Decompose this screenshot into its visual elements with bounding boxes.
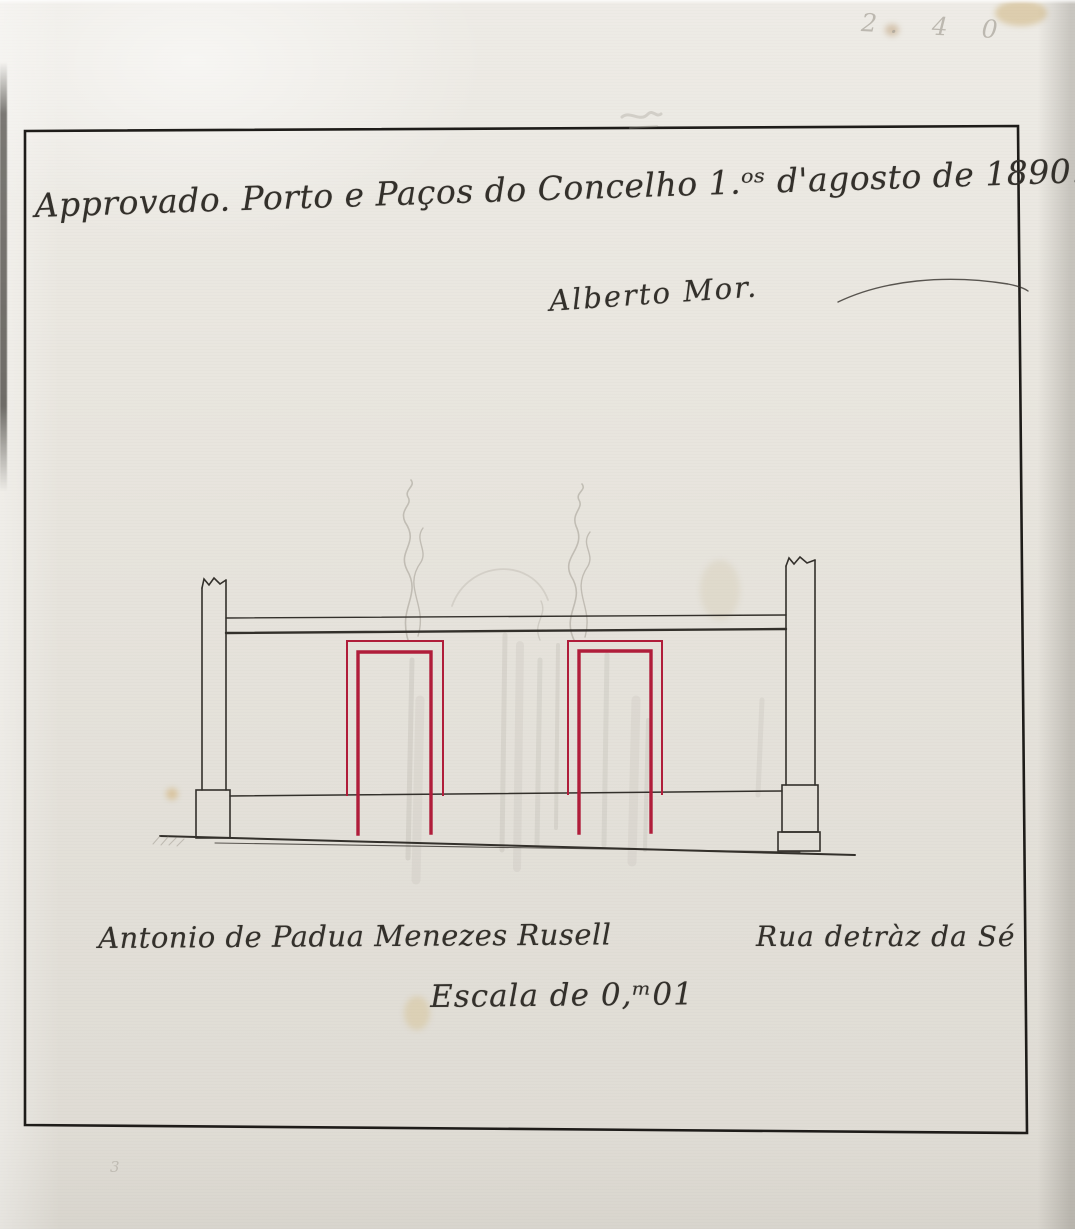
left-pillar	[196, 578, 230, 838]
wall-beam-lines	[226, 615, 786, 633]
applicant-name: Antonio de Padua Menezes Rusell	[98, 917, 612, 955]
page-number-pencil: 3	[110, 1158, 120, 1176]
ground-lines	[160, 836, 855, 855]
street-name: Rua detràz da Sé	[756, 920, 1015, 953]
right-pillar	[778, 557, 820, 851]
left-door-opening	[347, 641, 443, 834]
scale-note: Escala de 0,ᵐ01	[430, 976, 694, 1015]
pencil-smudges	[408, 112, 762, 880]
scanned-document-page: 2. 4 0 Approvado. Porto e Paços do Conce…	[0, 0, 1075, 1229]
wall-base-line	[230, 791, 782, 796]
signature-flourish	[838, 279, 1028, 302]
